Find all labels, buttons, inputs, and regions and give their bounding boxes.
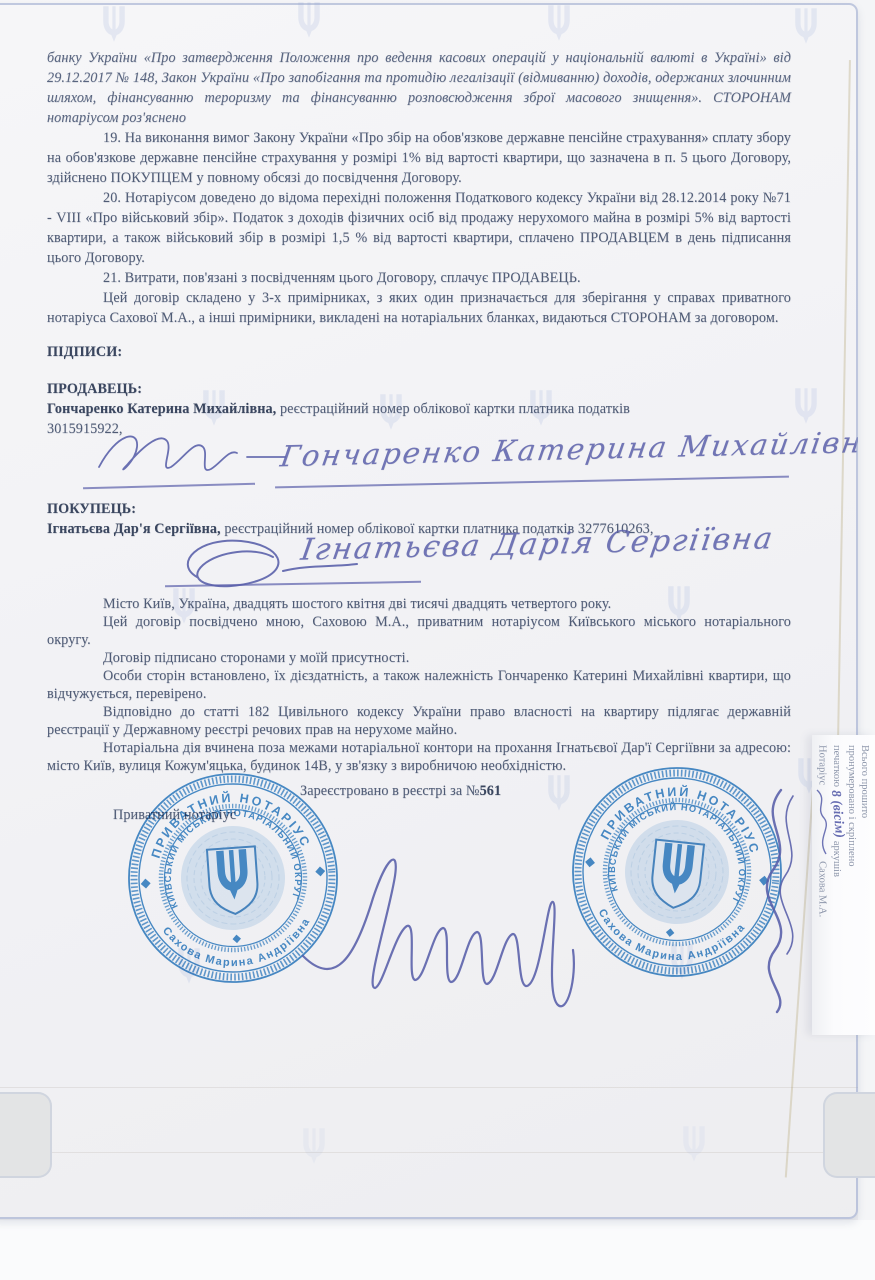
sheets-count-handwritten: 8 (вісім) (830, 789, 847, 838)
seller-handwritten-name: Гончаренко Катерина Михайлівна (279, 432, 875, 467)
strip-pen-signature-vertical (733, 782, 818, 1017)
certification-line: Договір підписано сторонами у моїй прису… (47, 649, 791, 667)
stamp-diamond (141, 879, 151, 889)
strip-word-notary-name: Сахова М.А. (817, 861, 828, 917)
notary-certification-block: Місто Київ, Україна, двадцять шостого кв… (47, 595, 791, 775)
strip-line: пронумеровано і скріплено (845, 735, 858, 1035)
strip-word-seal: печаткою (831, 745, 842, 787)
trident-watermark-icon (792, 388, 820, 425)
stitching-strip-text: Всього прошито пронумеровано і скріплено… (812, 735, 875, 1035)
notary-pen-signature (295, 838, 595, 1013)
seller-name: Гончаренко Катерина Михайлівна, (47, 401, 276, 417)
certification-line: Цей договір посвідчено мною, Саховою М.А… (47, 613, 791, 649)
photo-background-right (858, 0, 875, 1220)
buyer-signature-area: Ігнатьєва Дарія Сергіївна (47, 539, 791, 589)
signature-underline (275, 476, 789, 488)
trident-watermark-icon (680, 1126, 708, 1163)
clause-21: 21. Витрати, пов'язані з посвідченням ць… (47, 268, 791, 288)
intro-paragraph: банку України «Про затвердження Положенн… (47, 48, 791, 128)
paper-fold-line (0, 1087, 858, 1088)
holder-clip-left (0, 1092, 52, 1178)
copies-paragraph: Цей договір складено у 3-х примірниках, … (47, 288, 791, 328)
holder-clip-right (823, 1092, 875, 1178)
signatures-heading: ПІДПИСИ: (47, 342, 791, 362)
certification-line: Особи сторін встановлено, їх дієздатніст… (47, 667, 791, 703)
stamp-diamond (233, 935, 241, 943)
trident-watermark-icon (792, 8, 820, 45)
strip-word-notary: Нотаріус (817, 745, 828, 785)
seller-tax-text: реєстраційний номер облікової картки пла… (276, 401, 630, 417)
stitching-strip: Всього прошито пронумеровано і скріплено… (812, 735, 875, 1035)
buyer-role-label: ПОКУПЕЦЬ: (47, 499, 791, 519)
strip-line: печаткою8 (вісім)аркушів (830, 735, 845, 1035)
strip-word-sheets: аркушів (831, 841, 842, 877)
certification-line: Відповідно до статті 182 Цивільного коде… (47, 703, 791, 739)
photo-background-bottom (0, 1220, 875, 1280)
certification-line: Місто Київ, Україна, двадцять шостого кв… (47, 595, 791, 613)
seller-signature-area: Гончаренко Катерина Михайлівна (47, 439, 791, 493)
clause-20: 20. Нотаріусом доведено до відома перехі… (47, 188, 791, 268)
strip-line: Всього прошито (858, 735, 871, 1035)
paper-fold-line (0, 1152, 858, 1153)
stamp-diamond (666, 928, 674, 936)
buyer-handwritten-name: Ігнатьєва Дарія Сергіївна (300, 529, 776, 561)
clause-19: 19. На виконання вимог Закону України «П… (47, 128, 791, 188)
registry-number: 561 (480, 783, 502, 799)
seller-details: Гончаренко Катерина Михайлівна, реєстрац… (47, 399, 791, 419)
contract-text-column: банку України «Про затвердження Положенн… (47, 0, 791, 825)
trident-watermark-icon (300, 1128, 328, 1165)
seller-role-label: ПРОДАВЕЦЬ: (47, 379, 791, 399)
seller-signature-flourish (87, 423, 307, 487)
